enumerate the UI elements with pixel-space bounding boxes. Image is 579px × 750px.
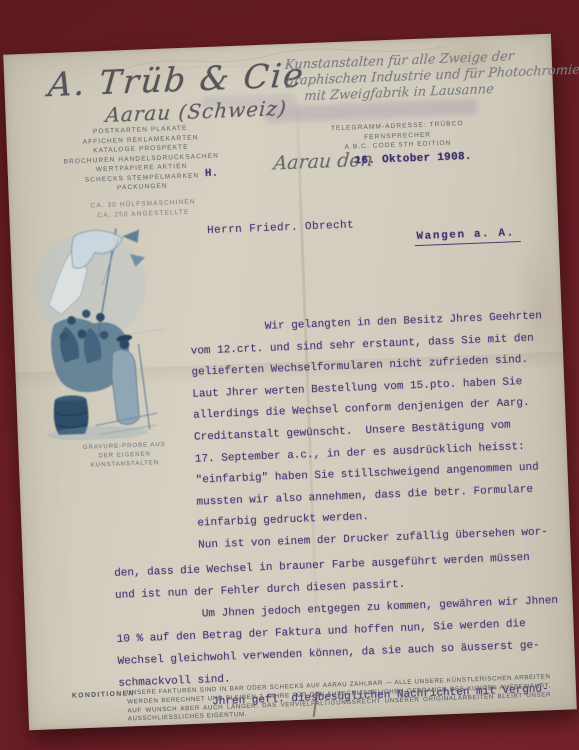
services-script-block: Kunstanstalten für alle Zweige dergraphi…: [285, 49, 513, 106]
engraving-caption: GRAVURE-PROBE AUSDER EIGENENKUNSTANSTALT…: [54, 440, 195, 472]
reference-mark: H.: [205, 168, 219, 180]
letter-paper: A. Trüb & Cie Aarau (Schweiz) Kunstansta…: [3, 34, 577, 731]
recipient-place: Wangen a. A.: [414, 227, 521, 246]
engraving-illustration: [30, 225, 170, 442]
recipient-name: Herrn Friedr. Obrecht: [207, 219, 354, 237]
photograph-of-letter: { "colors": { "felt_background": "#6e1f2…: [0, 0, 579, 750]
telegram-address-block: TELEGRAMM-ADRESSE: TRÜBCOFERNSPRECHERA.B…: [297, 118, 498, 154]
capacity-note: CA. 30 HÜLFSMASCHINENCA. 250 ANGESTELLTE: [33, 195, 254, 222]
product-list: POSTKARTEN PLAKATEAFFICHEN REKLAMEKARTEN…: [30, 121, 252, 196]
